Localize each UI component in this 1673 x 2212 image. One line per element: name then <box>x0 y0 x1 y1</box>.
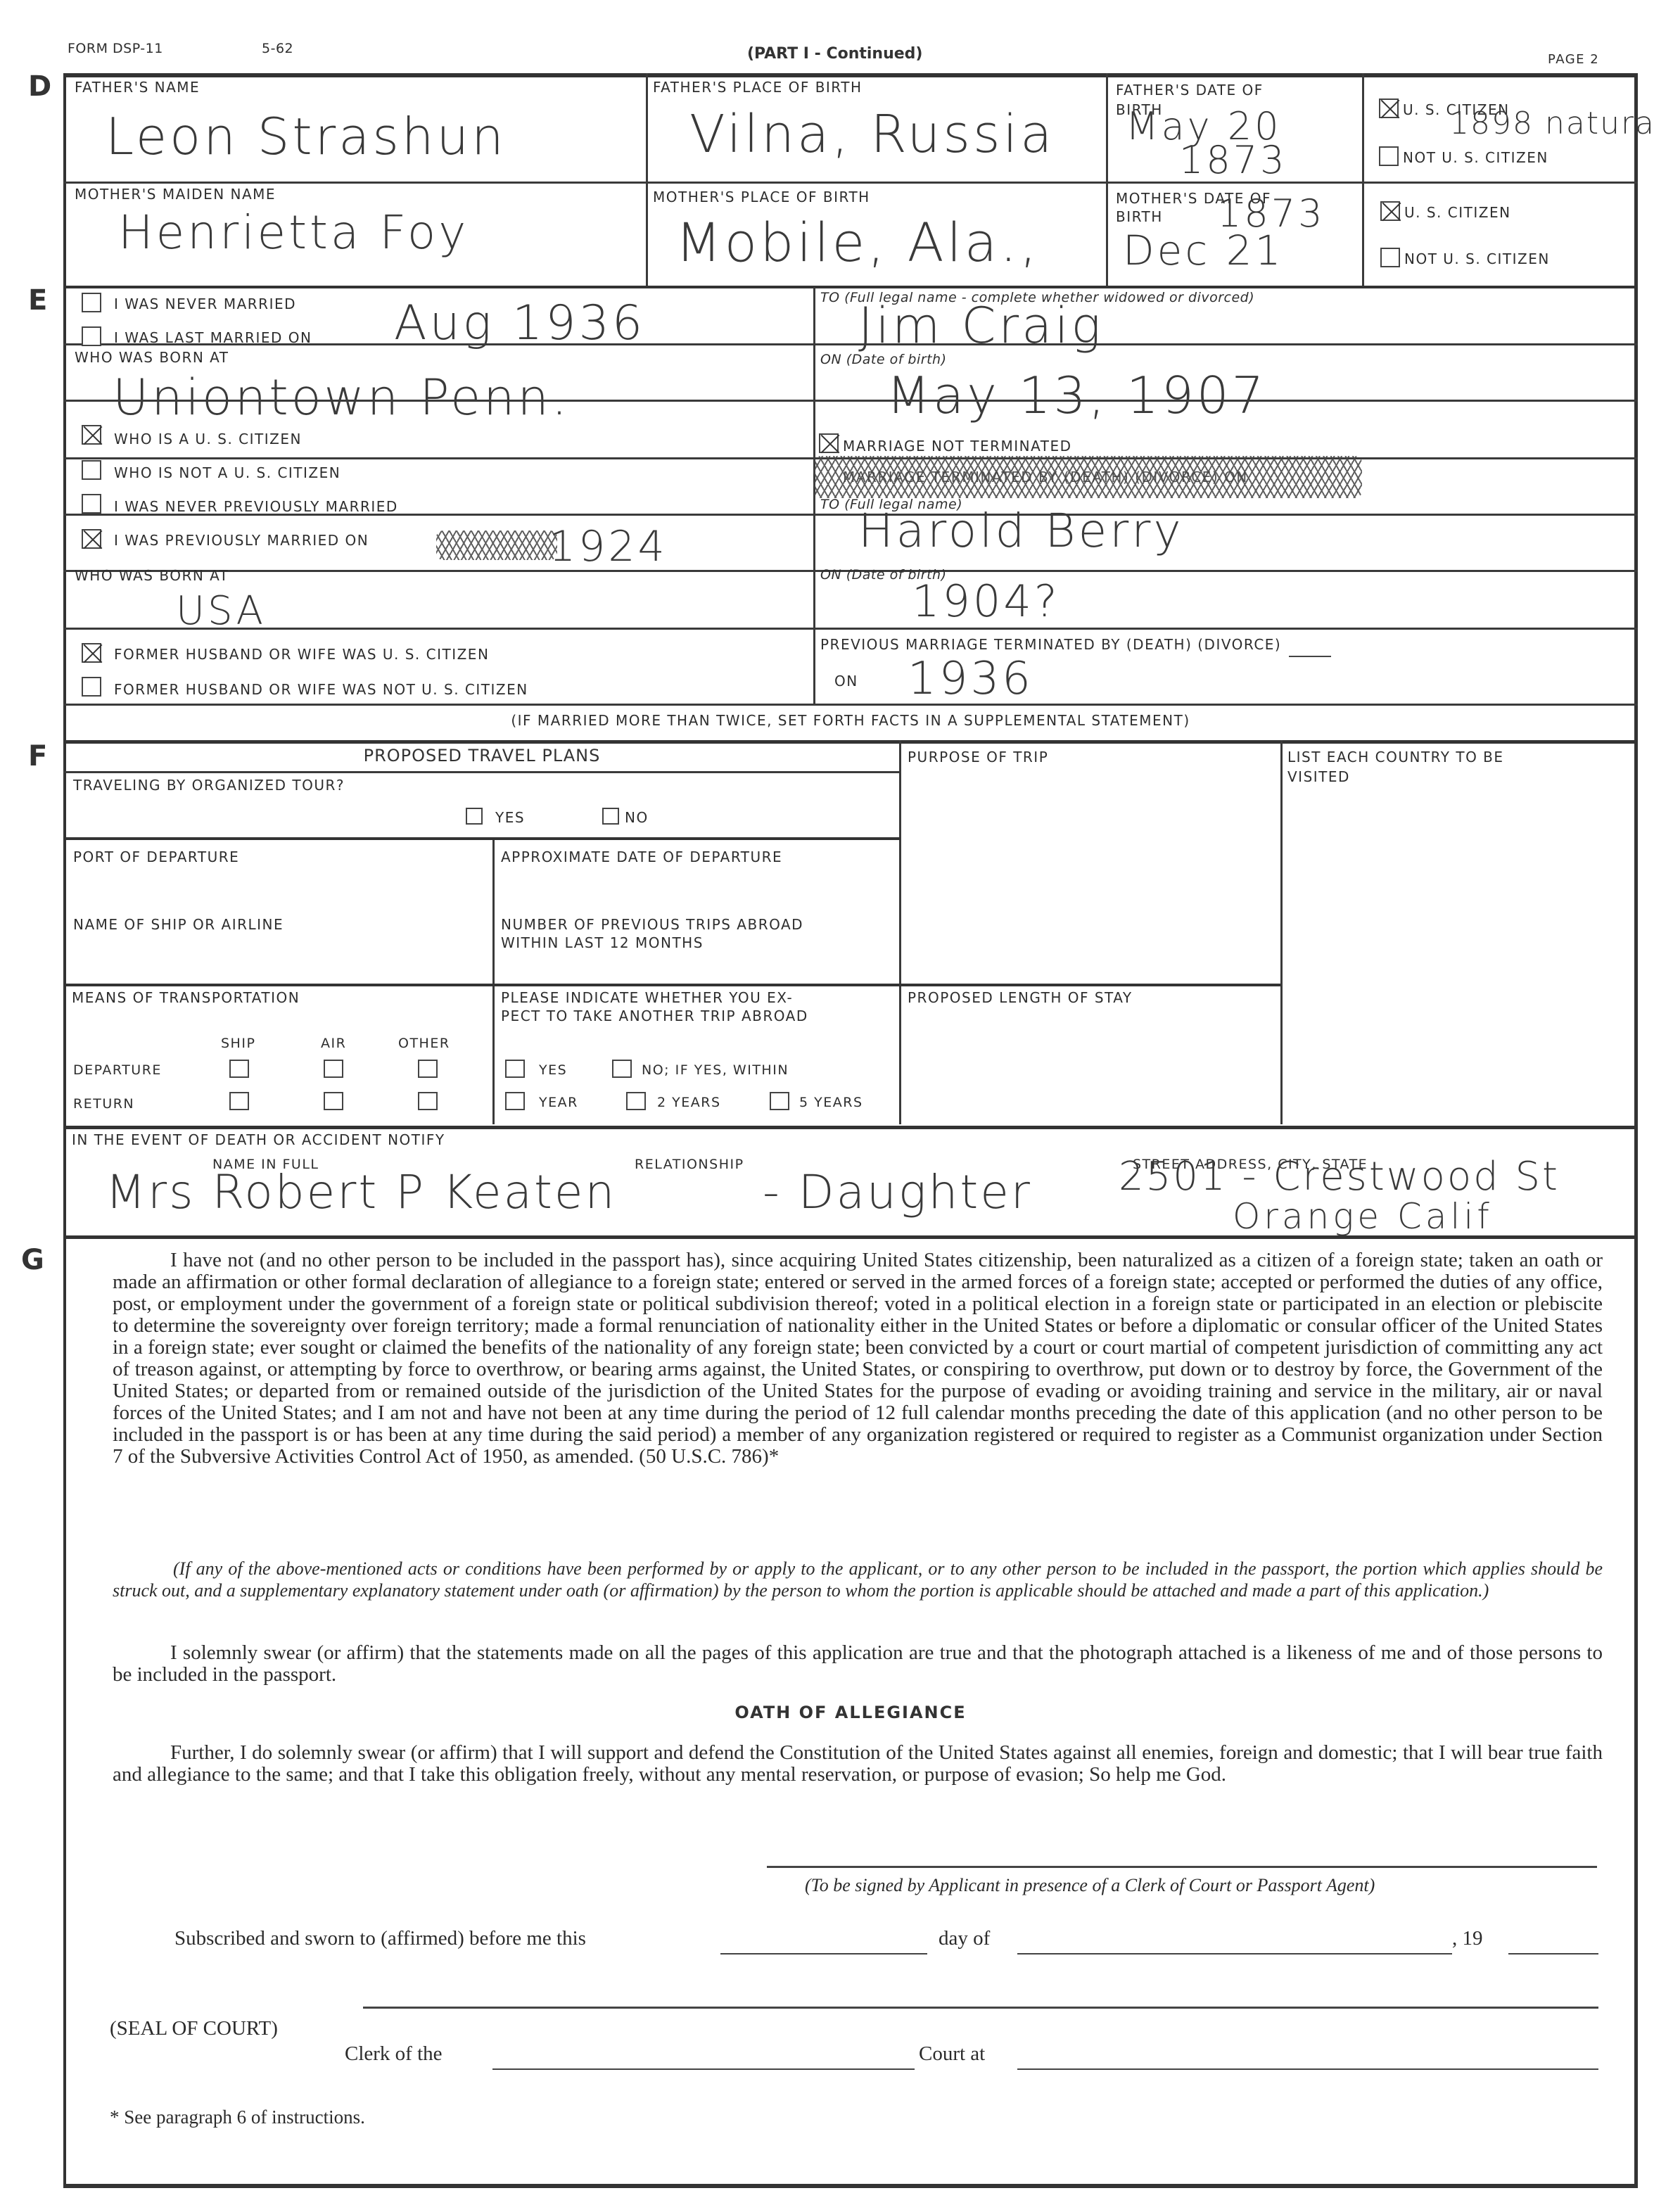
father-name-label: FATHER'S NAME <box>75 79 200 96</box>
transport-col-air: AIR <box>321 1036 346 1051</box>
divider <box>63 1235 1638 1239</box>
section-letter-f: F <box>28 740 47 773</box>
tour-no-label: NO <box>625 809 649 826</box>
approx-date-field[interactable] <box>498 870 895 912</box>
court-at-text: Court at <box>919 2043 985 2065</box>
section-letter-g: G <box>21 1244 44 1276</box>
prev-spouse-dob-value[interactable]: 1904? <box>912 576 1060 627</box>
on-label: ON (Date of birth) <box>820 352 947 367</box>
applicant-signature-line[interactable] <box>767 1866 1597 1868</box>
clerk-of-the-text: Clerk of the <box>345 2043 443 2065</box>
year-prefix: , 19 <box>1452 1928 1483 1950</box>
another-trip-yes-label: YES <box>539 1062 567 1078</box>
return-label: RETURN <box>73 1096 134 1112</box>
port-field[interactable] <box>70 870 485 912</box>
countries-field[interactable] <box>1285 795 1634 1119</box>
prev-born-at-value[interactable]: USA <box>176 588 266 634</box>
mother-not-citizen-label: NOT U. S. CITIZEN <box>1404 250 1550 267</box>
swear-paragraph: I solemnly swear (or affirm) that the st… <box>113 1642 1603 1686</box>
section-letter-d: D <box>28 70 51 103</box>
purpose-field[interactable] <box>903 774 1276 978</box>
countries-label-2: VISITED <box>1287 768 1350 785</box>
part-title: (PART I - Continued) <box>747 45 922 63</box>
within-2-years-checkbox[interactable] <box>626 1092 646 1110</box>
return-air-checkbox[interactable] <box>324 1092 343 1110</box>
mother-name-label: MOTHER'S MAIDEN NAME <box>75 186 276 203</box>
divider <box>63 984 1280 986</box>
divider <box>63 771 901 773</box>
father-us-citizen-checkbox[interactable] <box>1379 98 1399 118</box>
approx-date-label: APPROXIMATE DATE OF DEPARTURE <box>501 848 782 865</box>
notify-label: IN THE EVENT OF DEATH OR ACCIDENT NOTIFY <box>72 1131 445 1148</box>
another-trip-no-label: NO; IF YES, WITHIN <box>642 1062 789 1078</box>
scribbled-out-marriage-terminated <box>813 456 1362 498</box>
father-not-citizen-label: NOT U. S. CITIZEN <box>1403 149 1548 166</box>
mother-birthplace-value[interactable]: Mobile, Ala., <box>675 211 1040 274</box>
day-field[interactable] <box>720 1953 927 1954</box>
mother-birthplace-label: MOTHER'S PLACE OF BIRTH <box>653 189 870 205</box>
notify-address-line2[interactable]: Orange Calif <box>1233 1196 1493 1237</box>
departure-ship-checkbox[interactable] <box>229 1060 249 1078</box>
divider <box>63 182 1638 184</box>
father-name-value[interactable]: Leon Strashun <box>106 107 507 166</box>
within-2-years-label: 2 YEARS <box>657 1095 721 1110</box>
tour-no-checkbox[interactable] <box>602 808 619 825</box>
born-at-value[interactable]: Uniontown Penn. <box>113 369 570 426</box>
divorce-underline <box>1289 656 1331 657</box>
never-prev-married-label: I WAS NEVER PREVIOUSLY MARRIED <box>114 498 398 515</box>
divider <box>1106 73 1108 287</box>
prev-married-label: I WAS PREVIOUSLY MARRIED ON <box>114 532 369 549</box>
divider <box>492 839 495 1124</box>
return-other-checkbox[interactable] <box>418 1092 438 1110</box>
departure-label: DEPARTURE <box>73 1062 162 1078</box>
top-rule <box>63 73 1638 77</box>
length-of-stay-label: PROPOSED LENGTH OF STAY <box>908 989 1133 1006</box>
notify-relationship-label: RELATIONSHIP <box>635 1157 744 1172</box>
never-married-label: I WAS NEVER MARRIED <box>114 295 296 312</box>
prev-trips-label: NUMBER OF PREVIOUS TRIPS ABROAD <box>501 916 803 933</box>
prev-terminated-label: PREVIOUS MARRIAGE TERMINATED BY (DEATH) … <box>820 636 1281 653</box>
on-hint: (Date of birth) <box>846 352 947 367</box>
divider <box>646 73 648 287</box>
mother-not-citizen-checkbox[interactable] <box>1380 248 1400 267</box>
departure-air-checkbox[interactable] <box>324 1060 343 1078</box>
court-location-field[interactable] <box>1017 2068 1598 2070</box>
transport-label: MEANS OF TRANSPORTATION <box>72 989 300 1006</box>
year-field[interactable] <box>1508 1953 1598 1954</box>
tour-yes-label: YES <box>495 809 525 826</box>
father-not-citizen-checkbox[interactable] <box>1379 146 1399 166</box>
notify-relationship-value[interactable]: - Daughter <box>763 1165 1032 1219</box>
father-birthplace-label: FATHER'S PLACE OF BIRTH <box>653 79 863 96</box>
born-at-label: WHO WAS BORN AT <box>75 349 229 366</box>
divider <box>63 740 1638 744</box>
transport-col-other: OTHER <box>398 1036 450 1051</box>
last-married-label: I WAS LAST MARRIED ON <box>114 329 312 346</box>
port-label: PORT OF DEPARTURE <box>73 848 239 865</box>
signature-note: (To be signed by Applicant in presence o… <box>805 1874 1375 1896</box>
father-dob-label: FATHER'S DATE OF <box>1116 82 1264 98</box>
on-text: ON <box>820 352 841 367</box>
length-of-stay-field[interactable] <box>903 1013 1276 1119</box>
ship-label: NAME OF SHIP OR AIRLINE <box>73 916 284 933</box>
father-dob-year[interactable]: 1873 <box>1179 138 1287 182</box>
spouse-name-value[interactable]: Jim Craig <box>858 297 1104 355</box>
subscribed-text: Subscribed and sworn to (affirmed) befor… <box>174 1928 586 1950</box>
not-citizen-checkbox[interactable] <box>82 460 101 480</box>
marriage-not-terminated-label: MARRIAGE NOT TERMINATED <box>843 438 1071 455</box>
mother-us-citizen-checkbox[interactable] <box>1380 201 1400 221</box>
page-number: PAGE 2 <box>1548 52 1599 67</box>
travel-plans-title: PROPOSED TRAVEL PLANS <box>63 746 901 765</box>
prev-terminated-value[interactable]: 1936 <box>908 653 1033 705</box>
mother-us-citizen-label: U. S. CITIZEN <box>1404 204 1511 221</box>
within-5-years-label: 5 YEARS <box>799 1095 863 1110</box>
prev-married-value[interactable]: 1924 <box>549 522 668 571</box>
mother-dob-value[interactable]: Dec 21 <box>1123 227 1283 274</box>
another-trip-label-2: PECT TO TAKE ANOTHER TRIP ABROAD <box>501 1008 808 1024</box>
declaration-paragraph: I have not (and no other person to be in… <box>113 1250 1603 1468</box>
never-prev-married-checkbox[interactable] <box>82 494 101 514</box>
marriage-not-terminated-checkbox[interactable] <box>819 433 839 453</box>
section-letter-e: E <box>28 284 47 317</box>
father-birthplace-value[interactable]: Vilna, Russia <box>689 104 1055 165</box>
form-number: FORM DSP-11 <box>68 41 163 56</box>
another-trip-yes-checkbox[interactable] <box>505 1060 525 1078</box>
last-married-value[interactable]: Aug 1936 <box>394 295 645 351</box>
to-text: TO <box>820 290 840 305</box>
clerk-signature-line[interactable] <box>363 2007 1598 2009</box>
is-citizen-label: WHO IS A U. S. CITIZEN <box>114 431 302 447</box>
former-citizen-checkbox[interactable] <box>82 643 101 663</box>
departure-other-checkbox[interactable] <box>418 1060 438 1078</box>
prev-spouse-name-value[interactable]: Harold Berry <box>858 504 1184 558</box>
return-ship-checkbox[interactable] <box>229 1092 249 1110</box>
divider <box>63 704 1638 706</box>
prev-trips-field[interactable] <box>498 954 895 981</box>
organized-tour-label: TRAVELING BY ORGANIZED TOUR? <box>73 777 345 794</box>
countries-label: LIST EACH COUNTRY TO BE <box>1287 749 1504 765</box>
within-year-checkbox[interactable] <box>505 1092 525 1110</box>
ship-field[interactable] <box>70 937 485 979</box>
purpose-label: PURPOSE OF TRIP <box>908 749 1048 765</box>
within-year-label: YEAR <box>539 1095 578 1110</box>
never-married-checkbox[interactable] <box>82 293 101 312</box>
tour-yes-checkbox[interactable] <box>466 808 483 825</box>
divider <box>899 740 901 1124</box>
not-citizen-label: WHO IS NOT A U. S. CITIZEN <box>114 464 341 481</box>
is-citizen-checkbox[interactable] <box>82 425 101 445</box>
transport-col-ship: SHIP <box>221 1036 255 1051</box>
last-married-checkbox[interactable] <box>82 326 101 346</box>
prev-married-checkbox[interactable] <box>82 529 101 549</box>
prev-trips-label-2: WITHIN LAST 12 MONTHS <box>501 934 704 951</box>
prev-born-at-label: WHO WAS BORN AT <box>75 567 229 584</box>
footnote: * See paragraph 6 of instructions. <box>110 2106 365 2128</box>
prev-to-text: TO <box>820 497 840 512</box>
supplemental-note: (IF MARRIED MORE THAN TWICE, SET FORTH F… <box>63 712 1638 729</box>
another-trip-label: PLEASE INDICATE WHETHER YOU EX- <box>501 989 793 1006</box>
notify-name-value[interactable]: Mrs Robert P Keaten <box>106 1165 616 1219</box>
within-5-years-checkbox[interactable] <box>770 1092 789 1110</box>
divider <box>63 837 901 840</box>
former-not-citizen-label: FORMER HUSBAND OR WIFE WAS NOT U. S. CIT… <box>114 681 528 698</box>
divider <box>1362 73 1364 287</box>
divider <box>63 1126 1638 1129</box>
form-date: 5-62 <box>262 41 293 56</box>
seal-of-court: (SEAL OF COURT) <box>110 2018 278 2040</box>
day-of-text: day of <box>939 1928 990 1950</box>
another-trip-no-checkbox[interactable] <box>612 1060 632 1078</box>
oath-title: OATH OF ALLEGIANCE <box>63 1703 1638 1722</box>
mother-name-value[interactable]: Henrietta Foy <box>118 205 469 260</box>
court-name-field[interactable] <box>492 2068 915 2070</box>
italic-note-paragraph: (If any of the above-mentioned acts or c… <box>113 1558 1603 1601</box>
mother-dob-label-2: BIRTH <box>1116 208 1163 225</box>
spouse-dob-value[interactable]: May 13, 1907 <box>886 366 1266 425</box>
divider <box>63 628 1638 630</box>
divider <box>63 286 1638 288</box>
former-not-citizen-checkbox[interactable] <box>82 677 101 697</box>
oath-paragraph: Further, I do solemnly swear (or affirm)… <box>113 1742 1603 1786</box>
notify-address-line1[interactable]: 2501 - Crestwood St <box>1119 1154 1560 1200</box>
father-naturalized-note: 1898 natura <box>1449 106 1655 141</box>
former-citizen-label: FORMER HUSBAND OR WIFE WAS U. S. CITIZEN <box>114 646 489 663</box>
scribbled-out-date <box>436 530 557 560</box>
month-field[interactable] <box>1017 1953 1452 1954</box>
divider <box>1280 740 1283 1124</box>
prev-on-text: ON <box>820 567 841 583</box>
prev-terminated-on-label: ON <box>834 673 858 689</box>
